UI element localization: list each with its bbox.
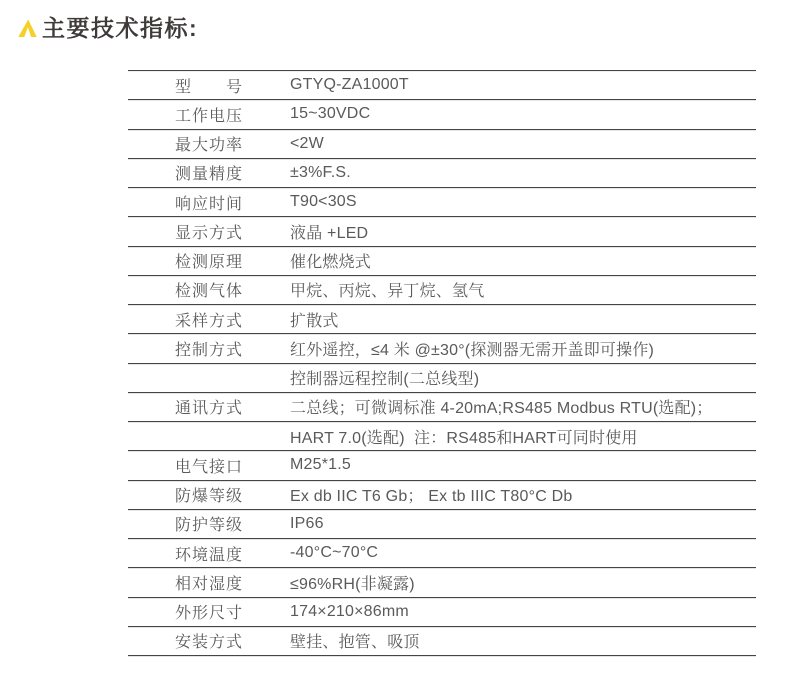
spec-value: 壁挂、抱管、吸顶 bbox=[290, 629, 756, 652]
spec-table: 型 号GTYQ-ZA1000T工作电压15~30VDC最大功率<2W测量精度±3… bbox=[128, 70, 756, 656]
spec-value: ±3%F.S. bbox=[290, 164, 756, 182]
spec-label: 安装方式 bbox=[128, 629, 290, 652]
spec-value: -40°C~70°C bbox=[290, 544, 756, 562]
spec-label: 显示方式 bbox=[128, 220, 290, 243]
spec-value: HART 7.0(选配) 注：RS485和HART可同时使用 bbox=[290, 425, 756, 448]
spec-label: 防爆等级 bbox=[128, 483, 290, 506]
page-title: 主要技术指标: bbox=[42, 15, 198, 41]
spec-label: 型 号 bbox=[128, 74, 290, 97]
spec-value: 液晶 +LED bbox=[290, 220, 756, 243]
section-header: 主要技术指标: bbox=[18, 15, 198, 41]
spec-value: Ex db IIC T6 Gb； Ex tb IIIC T80°C Db bbox=[290, 483, 756, 506]
spec-label: 响应时间 bbox=[128, 191, 290, 214]
spec-label: 检测气体 bbox=[128, 278, 290, 301]
table-row: 控制方式红外遥控，≤4 米 @±30°(探测器无需开盖即可操作) bbox=[128, 334, 756, 363]
spec-value: IP66 bbox=[290, 515, 756, 533]
spec-value: 红外遥控，≤4 米 @±30°(探测器无需开盖即可操作) bbox=[290, 337, 756, 360]
spec-value: 174×210×86mm bbox=[290, 603, 756, 621]
spec-label: 环境温度 bbox=[128, 542, 290, 565]
table-row: 响应时间T90<30S bbox=[128, 188, 756, 217]
spec-value: <2W bbox=[290, 135, 756, 153]
table-row: 型 号GTYQ-ZA1000T bbox=[128, 71, 756, 100]
spec-sheet-page: 主要技术指标: 型 号GTYQ-ZA1000T工作电压15~30VDC最大功率<… bbox=[0, 0, 803, 684]
spec-value: M25*1.5 bbox=[290, 456, 756, 474]
table-row: 防护等级IP66 bbox=[128, 510, 756, 539]
spec-label: 检测原理 bbox=[128, 249, 290, 272]
spec-value: 二总线；可微调标准 4-20mA;RS485 Modbus RTU(选配)； bbox=[290, 395, 756, 418]
table-row: 测量精度±3%F.S. bbox=[128, 159, 756, 188]
spec-label: 测量精度 bbox=[128, 161, 290, 184]
yellow-triangle-a-icon bbox=[18, 19, 37, 37]
table-row: 显示方式液晶 +LED bbox=[128, 217, 756, 246]
spec-value: 15~30VDC bbox=[290, 105, 756, 123]
table-row: 控制器远程控制(二总线型) bbox=[128, 364, 756, 393]
spec-label: 采样方式 bbox=[128, 308, 290, 331]
table-row: 检测气体甲烷、丙烷、异丁烷、氢气 bbox=[128, 276, 756, 305]
table-row: 外形尺寸174×210×86mm bbox=[128, 598, 756, 627]
table-row: 安装方式壁挂、抱管、吸顶 bbox=[128, 627, 756, 656]
table-row: 防爆等级Ex db IIC T6 Gb； Ex tb IIIC T80°C Db bbox=[128, 481, 756, 510]
spec-value: 扩散式 bbox=[290, 308, 756, 331]
spec-label: 电气接口 bbox=[128, 454, 290, 477]
spec-label: 工作电压 bbox=[128, 103, 290, 126]
spec-label: 相对湿度 bbox=[128, 571, 290, 594]
table-row: 工作电压15~30VDC bbox=[128, 100, 756, 129]
table-row: 电气接口M25*1.5 bbox=[128, 451, 756, 480]
spec-label: 控制方式 bbox=[128, 337, 290, 360]
spec-label: 防护等级 bbox=[128, 512, 290, 535]
spec-value: ≤96%RH(非凝露) bbox=[290, 571, 756, 594]
spec-value: T90<30S bbox=[290, 193, 756, 211]
table-row: 最大功率<2W bbox=[128, 130, 756, 159]
spec-label: 通讯方式 bbox=[128, 395, 290, 418]
spec-label: 外形尺寸 bbox=[128, 600, 290, 623]
table-row: 通讯方式二总线；可微调标准 4-20mA;RS485 Modbus RTU(选配… bbox=[128, 393, 756, 422]
spec-value: 催化燃烧式 bbox=[290, 249, 756, 272]
table-row: 检测原理催化燃烧式 bbox=[128, 247, 756, 276]
spec-value: 甲烷、丙烷、异丁烷、氢气 bbox=[290, 278, 756, 301]
spec-value: GTYQ-ZA1000T bbox=[290, 76, 756, 94]
table-row: HART 7.0(选配) 注：RS485和HART可同时使用 bbox=[128, 422, 756, 451]
table-row: 相对湿度≤96%RH(非凝露) bbox=[128, 568, 756, 597]
spec-value: 控制器远程控制(二总线型) bbox=[290, 366, 756, 389]
table-row: 采样方式扩散式 bbox=[128, 305, 756, 334]
spec-label: 最大功率 bbox=[128, 132, 290, 155]
table-row: 环境温度-40°C~70°C bbox=[128, 539, 756, 568]
